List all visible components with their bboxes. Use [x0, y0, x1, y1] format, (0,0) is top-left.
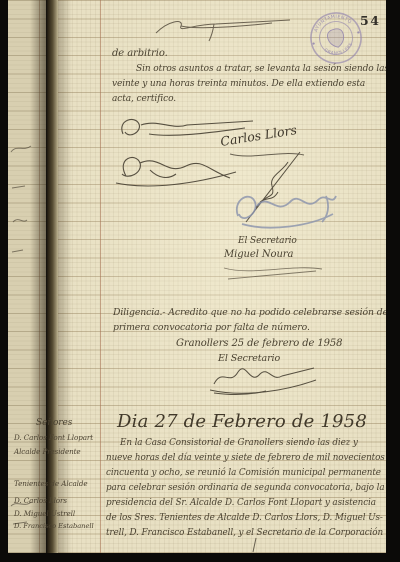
- scanned-minutes-page: 54 AYUNTAMIENTO GRANOLLERS de arbitrio. …: [0, 0, 400, 562]
- top-rubric-flourish: [150, 13, 300, 41]
- stray-ink-mark: [250, 536, 260, 554]
- diligencia-line: Diligencia.- Acredito que no ha podido c…: [113, 307, 388, 318]
- secretary-name: Miguel Noura: [224, 249, 293, 260]
- stamp-shield-icon: [326, 27, 346, 49]
- signature-rubric-2: [110, 150, 240, 190]
- scan-border-right: [386, 0, 400, 562]
- scan-border-bottom: [0, 553, 400, 562]
- secretary-title: El Secretario: [238, 236, 297, 246]
- session-line: presidencia del Sr. Alcalde D. Carlos Fo…: [106, 498, 376, 508]
- closing-line: acta, certifico.: [112, 94, 176, 104]
- margin-rule-line: [100, 0, 101, 556]
- page-number: 54: [360, 13, 380, 28]
- margin-attendee: Alcalde Presidente: [14, 447, 81, 456]
- session-heading: Dia 27 de Febrero de 1958: [117, 411, 367, 432]
- closing-line: veinte y una horas treinta minutos. De e…: [112, 79, 365, 89]
- closing-line: de arbitrio.: [112, 48, 168, 59]
- diligencia-signature-rubric: [206, 360, 322, 394]
- margin-attendee: Tenientes de Alcalde: [14, 479, 88, 488]
- margin-attendee: D. Carlos Font Llopart: [14, 433, 93, 442]
- margin-attendee: D. Miguel Ustrell: [14, 509, 75, 518]
- diligencia-dateline: Granollers 25 de febrero de 1958: [176, 338, 342, 349]
- session-line: cincuenta y ocho, se reunió la Comisión …: [106, 468, 381, 478]
- previous-page-edge: [8, 0, 46, 556]
- scan-border-left: [0, 0, 8, 562]
- session-line: En la Casa Consistorial de Granollers si…: [120, 438, 358, 448]
- binding-gutter: [46, 0, 58, 556]
- session-line: nueve horas del día veinte y siete de fe…: [106, 453, 385, 463]
- margin-attendee: D. Francisco Estabanell: [14, 522, 94, 530]
- session-line: para celebrar sesión ordinaria de segund…: [106, 483, 385, 493]
- margin-heading: Señores: [36, 418, 72, 428]
- closing-line: Sin otros asuntos a tratar, se levanta l…: [136, 64, 389, 74]
- page-inner-shadow: [58, 0, 72, 556]
- session-line: de los Sres. Tenientes de Alcalde D. Car…: [106, 513, 383, 523]
- secretary-name-flourish: [222, 262, 326, 284]
- margin-attendee: D. Carlos Llors: [14, 496, 67, 505]
- diligencia-line: primera convocatoria por falta de número…: [113, 322, 310, 333]
- signature-rubric-4-blue: [230, 182, 340, 232]
- session-line: trell, D. Francisco Estabanell, y el Sec…: [106, 528, 383, 538]
